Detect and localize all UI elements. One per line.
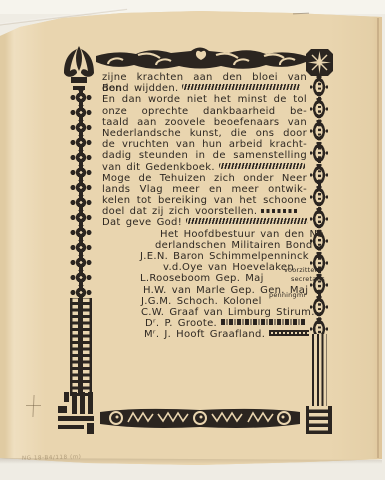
- page-right-edge: [377, 18, 379, 458]
- signatory-line: derlandschen Militairen Bond: [155, 240, 307, 251]
- signatory-line: L.Rooseboom Gep. Maj: [140, 273, 307, 284]
- role-annotation-chairman: voorzitter: [284, 267, 317, 274]
- signatory-line: J.E.N. Baron Schimmelpenninck: [140, 251, 307, 262]
- text-line: Dat geve God!: [102, 217, 307, 228]
- text-line: Bond wijdden.: [102, 83, 307, 94]
- text-line: onze oprechte dankbaarheid be-: [102, 106, 307, 117]
- text-line: Moge de Tehuizen zich onder Neer: [102, 173, 307, 184]
- text-line: dadig steunden in de samenstelling: [102, 150, 307, 161]
- left-border-geometric-column-ornament: [70, 298, 92, 396]
- signatory-line: Het Hoofdbestuur van den Ne: [160, 229, 307, 240]
- bottom-border-acanthus-frieze-ornament: [96, 404, 304, 432]
- signatory-line: Dʳ. P. Groote.: [145, 318, 307, 329]
- checker-filler-ornament: [269, 330, 309, 336]
- scribble-filler-ornament: [186, 218, 308, 224]
- role-annotation-secretary: secretaris: [291, 276, 325, 283]
- role-annotation-treasurer: penningmr: [269, 292, 306, 299]
- top-border-leaf-frieze-ornament: [96, 46, 306, 74]
- text-line: zijne krachten aan den bloei van den: [102, 72, 307, 83]
- text-line: de vruchten van hun arbeid kracht-: [102, 139, 307, 150]
- left-border-floral-column-ornament: [70, 90, 92, 298]
- text-line: En dan worde niet het minst de tol: [102, 94, 307, 105]
- dash-filler-ornament: [261, 209, 297, 213]
- right-border-bead-chain-ornament: [310, 76, 328, 334]
- text-line: doel dat zij zich voorstellen.: [102, 206, 307, 217]
- body-text: zijne krachten aan den bloei van den Bon…: [102, 72, 307, 341]
- pencil-cross-mark: [26, 405, 41, 406]
- bottom-right-corner-ornament: [306, 406, 332, 434]
- signatory-line: Mʳ. J. Hooft Graafland.: [144, 329, 307, 340]
- eight-point-star-icon: [306, 49, 333, 76]
- palmette-capital-ornament: [60, 44, 98, 92]
- text-line: kelen tot bereiking van het schoone: [102, 195, 307, 206]
- text-line: van dit Gedenkboek.: [102, 162, 307, 173]
- right-border-lines-ornament: [312, 334, 327, 406]
- scanned-page: zijne krachten aan den bloei van den Bon…: [0, 0, 385, 480]
- text-line: Nederlandsche kunst, die ons door: [102, 128, 307, 139]
- square-filler-ornament: [221, 319, 305, 325]
- text-line: taald aan zoovele beoefenaars van: [102, 117, 307, 128]
- scribble-filler-ornament: [182, 84, 300, 90]
- scribble-filler-ornament: [219, 163, 305, 169]
- left-border-foot-ornament: [54, 392, 98, 436]
- signatory-line: C.W. Graaf van Limburg Stirum.: [141, 307, 307, 318]
- text-line: lands Vlag meer en meer ontwik-: [102, 184, 307, 195]
